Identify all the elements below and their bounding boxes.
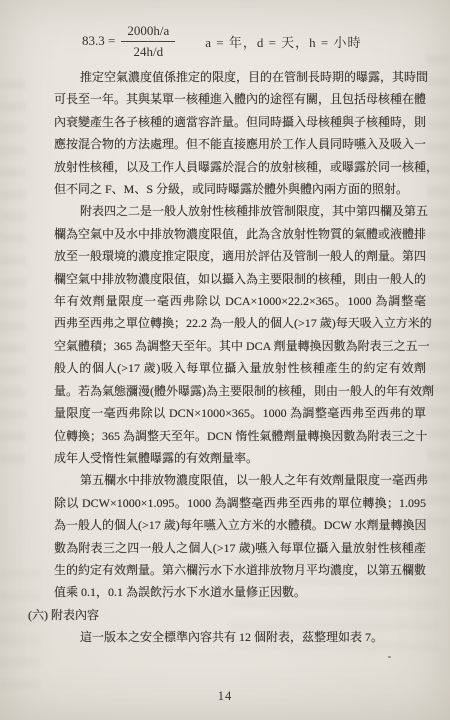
text-line: 般人的個人(>17 歲)吸入每單位攝入量放射性核種產生的約定有效劑 [54,357,426,379]
text-line: 量。若為氣態瀰漫(體外曝露)為主要限制的核種，則由一般人的年有效劑 [54,380,426,402]
text-line: 為一般人的個人(>17 歲)每年嚥入立方米的水體積。DCW 水劑量轉換因 [54,514,426,536]
text-line: 年有效劑量限度一毫西弗除以 DCA×1000×22.2×365。1000 為調整… [54,290,426,312]
text-line: 欄為空氣中及水中排放物濃度限值，此為含放射性物質的氣體或液體排 [54,223,426,245]
text-line: 除以 DCW×1000×1.095。1000 為調整毫西弗至西弗的單位轉換；1.… [54,492,426,514]
scan-speck [388,656,391,658]
text-line: 內衰變產生各子核種的適當容許量。但同時攝入母核種與子核種時，則 [54,111,426,133]
text-line: 生的約定有效劑量。第六欄污水下水道排放物月平均濃度，以第五欄數 [54,559,426,581]
text-line: 放至一般環境的濃度推定限度，適用於評估及管制一般人的劑量。第四 [54,245,426,267]
section-heading: (六) 附表內容 [28,604,426,626]
formula-variable-legend: a = 年，d = 天，h = 小時 [205,32,361,51]
bleed-through-smudge [0,80,26,470]
text-line: 應按混合物的方法處理。但不能直接應用於工作人員同時嚥入及吸入一 [54,133,426,155]
page-number: 14 [0,689,450,704]
text-line: 位轉換；365 為調整天至年。DCN 惰性氣體劑量轉換因數為附表三之十 [54,425,426,447]
document-page: 83.3 = 2000h/a 24h/d a = 年，d = 天，h = 小時 … [0,0,450,720]
text-line: 欄空氣中排放物濃度限值，如以攝入為主要限制的核種，則由一般人的 [54,268,426,290]
body-text: 推定空氣濃度值係推定的限度，目的在管制長時期的曝露，其時間 可長至一年。其與某單… [54,66,426,649]
formula-numerator: 2000h/a [121,23,175,42]
text-line: 附表四之二是一般人放射性核種排放管制限度，其中第四欄及第五 [54,200,426,222]
formula-lhs: 83.3 = [82,33,115,49]
text-line: 可長至一年。其與某單一核種進入體內的途徑有關，且包括母核種在體 [54,88,426,110]
text-line: 第五欄水中排放物濃度限值，以一般人之年有效劑量限度一毫西弗 [54,469,426,491]
formula-block: 83.3 = 2000h/a 24h/d a = 年，d = 天，h = 小時 [82,18,362,64]
text-line: 成年人受惰性氣體曝露的有效劑量率。 [54,447,426,469]
text-line: 值乘 0.1，0.1 為誤飲污水下水道水量修正因數。 [54,581,426,603]
bleed-through-smudge [426,55,450,525]
text-line: 數為附表三之四一般人之個人(>17 歲)嚥入每單位攝入量放射性核種產 [54,537,426,559]
text-line: 量限度一毫西弗除以 DCN×1000×365。1000 為調整毫西弗至西弗的單 [54,402,426,424]
text-line: 放射性核種，以及工作人員曝露於混合的放射核種，或曝露於同一核種， [54,156,426,178]
text-line: 推定空氣濃度值係推定的限度，目的在管制長時期的曝露，其時間 [54,66,426,88]
text-line: 西弗至西弗之單位轉換；22.2 為一般人的個人(>17 歲)每天吸入立方米的 [54,312,426,334]
text-line: 空氣體積；365 為調整天至年。其中 DCA 劑量轉換因數為附表三之五一 [54,335,426,357]
text-line: 但不同之 F、M、S 分級，或同時曝露於體外與體內兩方面的照射。 [54,178,426,200]
formula-fraction: 2000h/a 24h/d [121,23,175,60]
closing-line: 這一版本之安全標準內容共有 12 個附表，茲整理如表 7。 [54,626,426,648]
bleed-through-smudge [0,570,40,700]
formula-denominator: 24h/d [121,42,175,60]
